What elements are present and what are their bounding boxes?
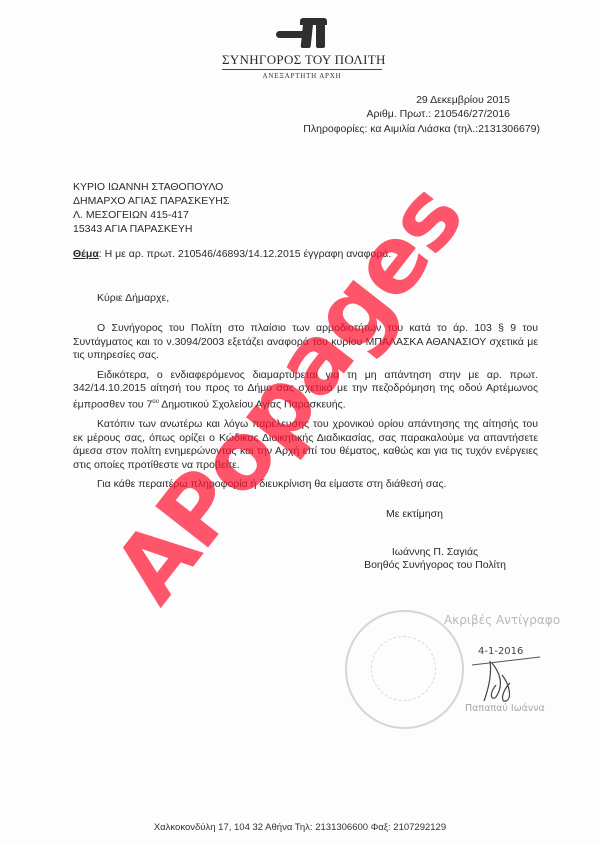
- certified-copy-label: Ακριβές Αντίγραφο: [444, 613, 560, 627]
- contact-info: Πληροφορίες: κα Αιμιλία Λιάσκα (τηλ.:213…: [303, 123, 540, 135]
- recipient-line: Λ. ΜΕΣΟΓΕΙΩΝ 415-417: [73, 208, 229, 222]
- recipient-line: ΚΥΡΙΟ ΙΩΑΝΝΗ ΣΤΑΘΟΠΟΥΛΟ: [73, 180, 229, 194]
- signer-name: Ιωάννης Π. Σαγιάς: [360, 546, 510, 559]
- body-paragraph: Ο Συνήγορος του Πολίτη στο πλαίσιο των α…: [73, 322, 538, 363]
- body-paragraph: Κατόπιν των ανωτέρω και λόγω παρέλευσης …: [73, 418, 538, 472]
- subject-text: : Η με αρ. πρωτ. 210546/46893/14.12.2015…: [99, 248, 391, 260]
- subject-line: Θέμα: Η με αρ. πρωτ. 210546/46893/14.12.…: [73, 248, 391, 260]
- letter-date: 29 Δεκεμβρίου 2015: [367, 93, 510, 107]
- ombudsman-logo-icon: [272, 14, 332, 50]
- body-paragraph: Για κάθε περαιτέρω πληροφορία ή διευκρίν…: [73, 478, 538, 492]
- protocol-number: Αριθμ. Πρωτ.: 210546/27/2016: [367, 107, 510, 121]
- organization-subtitle: ΑΝΕΞΑΡΤΗΤΗ ΑΡΧΗ: [222, 72, 382, 80]
- body-paragraph: Ειδικότερα, ο ενδιαφερόμενος διαμαρτύρετ…: [73, 369, 538, 412]
- footer-address: Χαλκοκονδύλη 17, 104 32 Αθήνα Τηλ: 21313…: [0, 822, 600, 833]
- signer-title: Βοηθός Συνήγορος του Πολίτη: [360, 559, 510, 572]
- recipient-line: ΔΗΜΑΡΧΟ ΑΓΙΑΣ ΠΑΡΑΣΚΕΥΗΣ: [73, 194, 229, 208]
- body-text: Δημοτικού Σχολείου Αγίας Παρασκευής.: [159, 398, 346, 410]
- letter-page: ΣΥΝΗΓΟΡΟΣ ΤΟΥ ΠΟΛΙΤΗ ΑΝΕΞΑΡΤΗΤΗ ΑΡΧΗ 29 …: [0, 0, 600, 845]
- letter-meta: 29 Δεκεμβρίου 2015 Αριθμ. Πρωτ.: 210546/…: [367, 93, 510, 121]
- greeting: Κύριε Δήμαρχε,: [97, 292, 169, 304]
- letter-body: Ο Συνήγορος του Πολίτη στο πλαίσιο των α…: [73, 322, 538, 498]
- signature-icon: [470, 655, 560, 705]
- subject-label: Θέμα: [73, 248, 99, 260]
- recipient-line: 15343 ΑΓΙΑ ΠΑΡΑΣΚΕΥΗ: [73, 222, 229, 236]
- official-stamp-icon: [345, 610, 464, 729]
- recipient-address: ΚΥΡΙΟ ΙΩΑΝΝΗ ΣΤΑΘΟΠΟΥΛΟ ΔΗΜΑΡΧΟ ΑΓΙΑΣ ΠΑ…: [73, 180, 229, 236]
- signer-block: Ιωάννης Π. Σαγιάς Βοηθός Συνήγορος του Π…: [360, 546, 510, 572]
- letterhead-logo: ΣΥΝΗΓΟΡΟΣ ΤΟΥ ΠΟΛΙΤΗ ΑΝΕΞΑΡΤΗΤΗ ΑΡΧΗ: [222, 14, 382, 80]
- organization-name: ΣΥΝΗΓΟΡΟΣ ΤΟΥ ΠΟΛΙΤΗ: [222, 52, 382, 70]
- closing: Με εκτίμηση: [386, 508, 443, 520]
- certifier-name: Παπαπαύ Ιωάννα: [465, 703, 545, 714]
- ordinal-suffix: ου: [152, 399, 159, 405]
